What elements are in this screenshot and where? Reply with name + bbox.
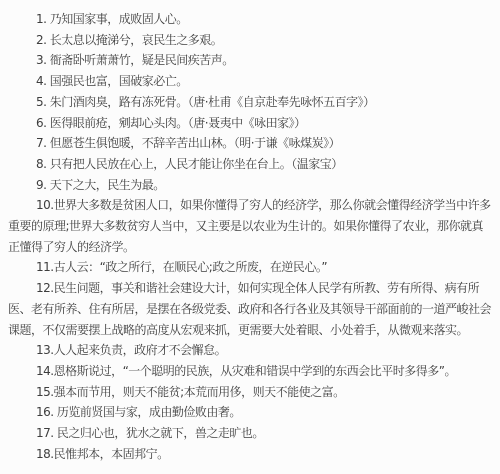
list-item: 18.民惟邦本，本固邦宁。 <box>8 444 493 465</box>
document-page: 1. 乃知国家事，成败固人心。 2. 长太息以掩涕兮，哀民生之多艰。 3. 衙斋… <box>0 0 500 474</box>
list-item: 8. 只有把人民放在心上，人民才能让你坐在台上。（温家宝） <box>8 154 493 175</box>
list-item: 9. 天下之大，民生为最。 <box>8 175 493 196</box>
list-item: 5. 朱门酒肉臭，路有冻死骨。（唐·杜甫《自京赴奉先咏怀五百字》） <box>8 92 493 113</box>
list-item: 7. 但愿苍生俱饱暖，不辞辛苦出山林。（明·于谦《咏煤炭》） <box>8 133 493 154</box>
list-item: 10.世界大多数是贫困人口，如果你懂得了穷人的经济学，那么你就会懂得经济学当中许… <box>8 195 493 257</box>
list-item: 2. 长太息以掩涕兮，哀民生之多艰。 <box>8 30 493 51</box>
list-item: 1. 乃知国家事，成败固人心。 <box>8 9 493 30</box>
list-item: 3. 衙斋卧听萧萧竹，疑是民间疾苦声。 <box>8 50 493 71</box>
list-item: 6. 医得眼前疮，剜却心头肉。（唐·聂夷中《咏田家》） <box>8 113 493 134</box>
list-item: 15.强本而节用，则天不能贫;本荒而用侈，则天不能使之富。 <box>8 382 493 403</box>
list-item: 14.恩格斯说过，“一个聪明的民族，从灾难和错误中学到的东西会比平时多得多”。 <box>8 361 493 382</box>
list-item: 17. 民之归心也，犹水之就下，兽之走旷也。 <box>8 423 493 444</box>
list-item: 4. 国强民也富，国破家必亡。 <box>8 71 493 92</box>
list-item: 13.人人起来负责，政府才不会懈怠。 <box>8 340 493 361</box>
list-item: 16. 历览前贤国与家，成由勤俭败由奢。 <box>8 402 493 423</box>
list-item: 11.古人云：“政之所行，在顺民心;政之所废，在逆民心。” <box>8 257 493 278</box>
list-item: 12.民生问题，事关和谐社会建设大计，如何实现全体人民学有所教、劳有所得、病有所… <box>8 278 493 340</box>
